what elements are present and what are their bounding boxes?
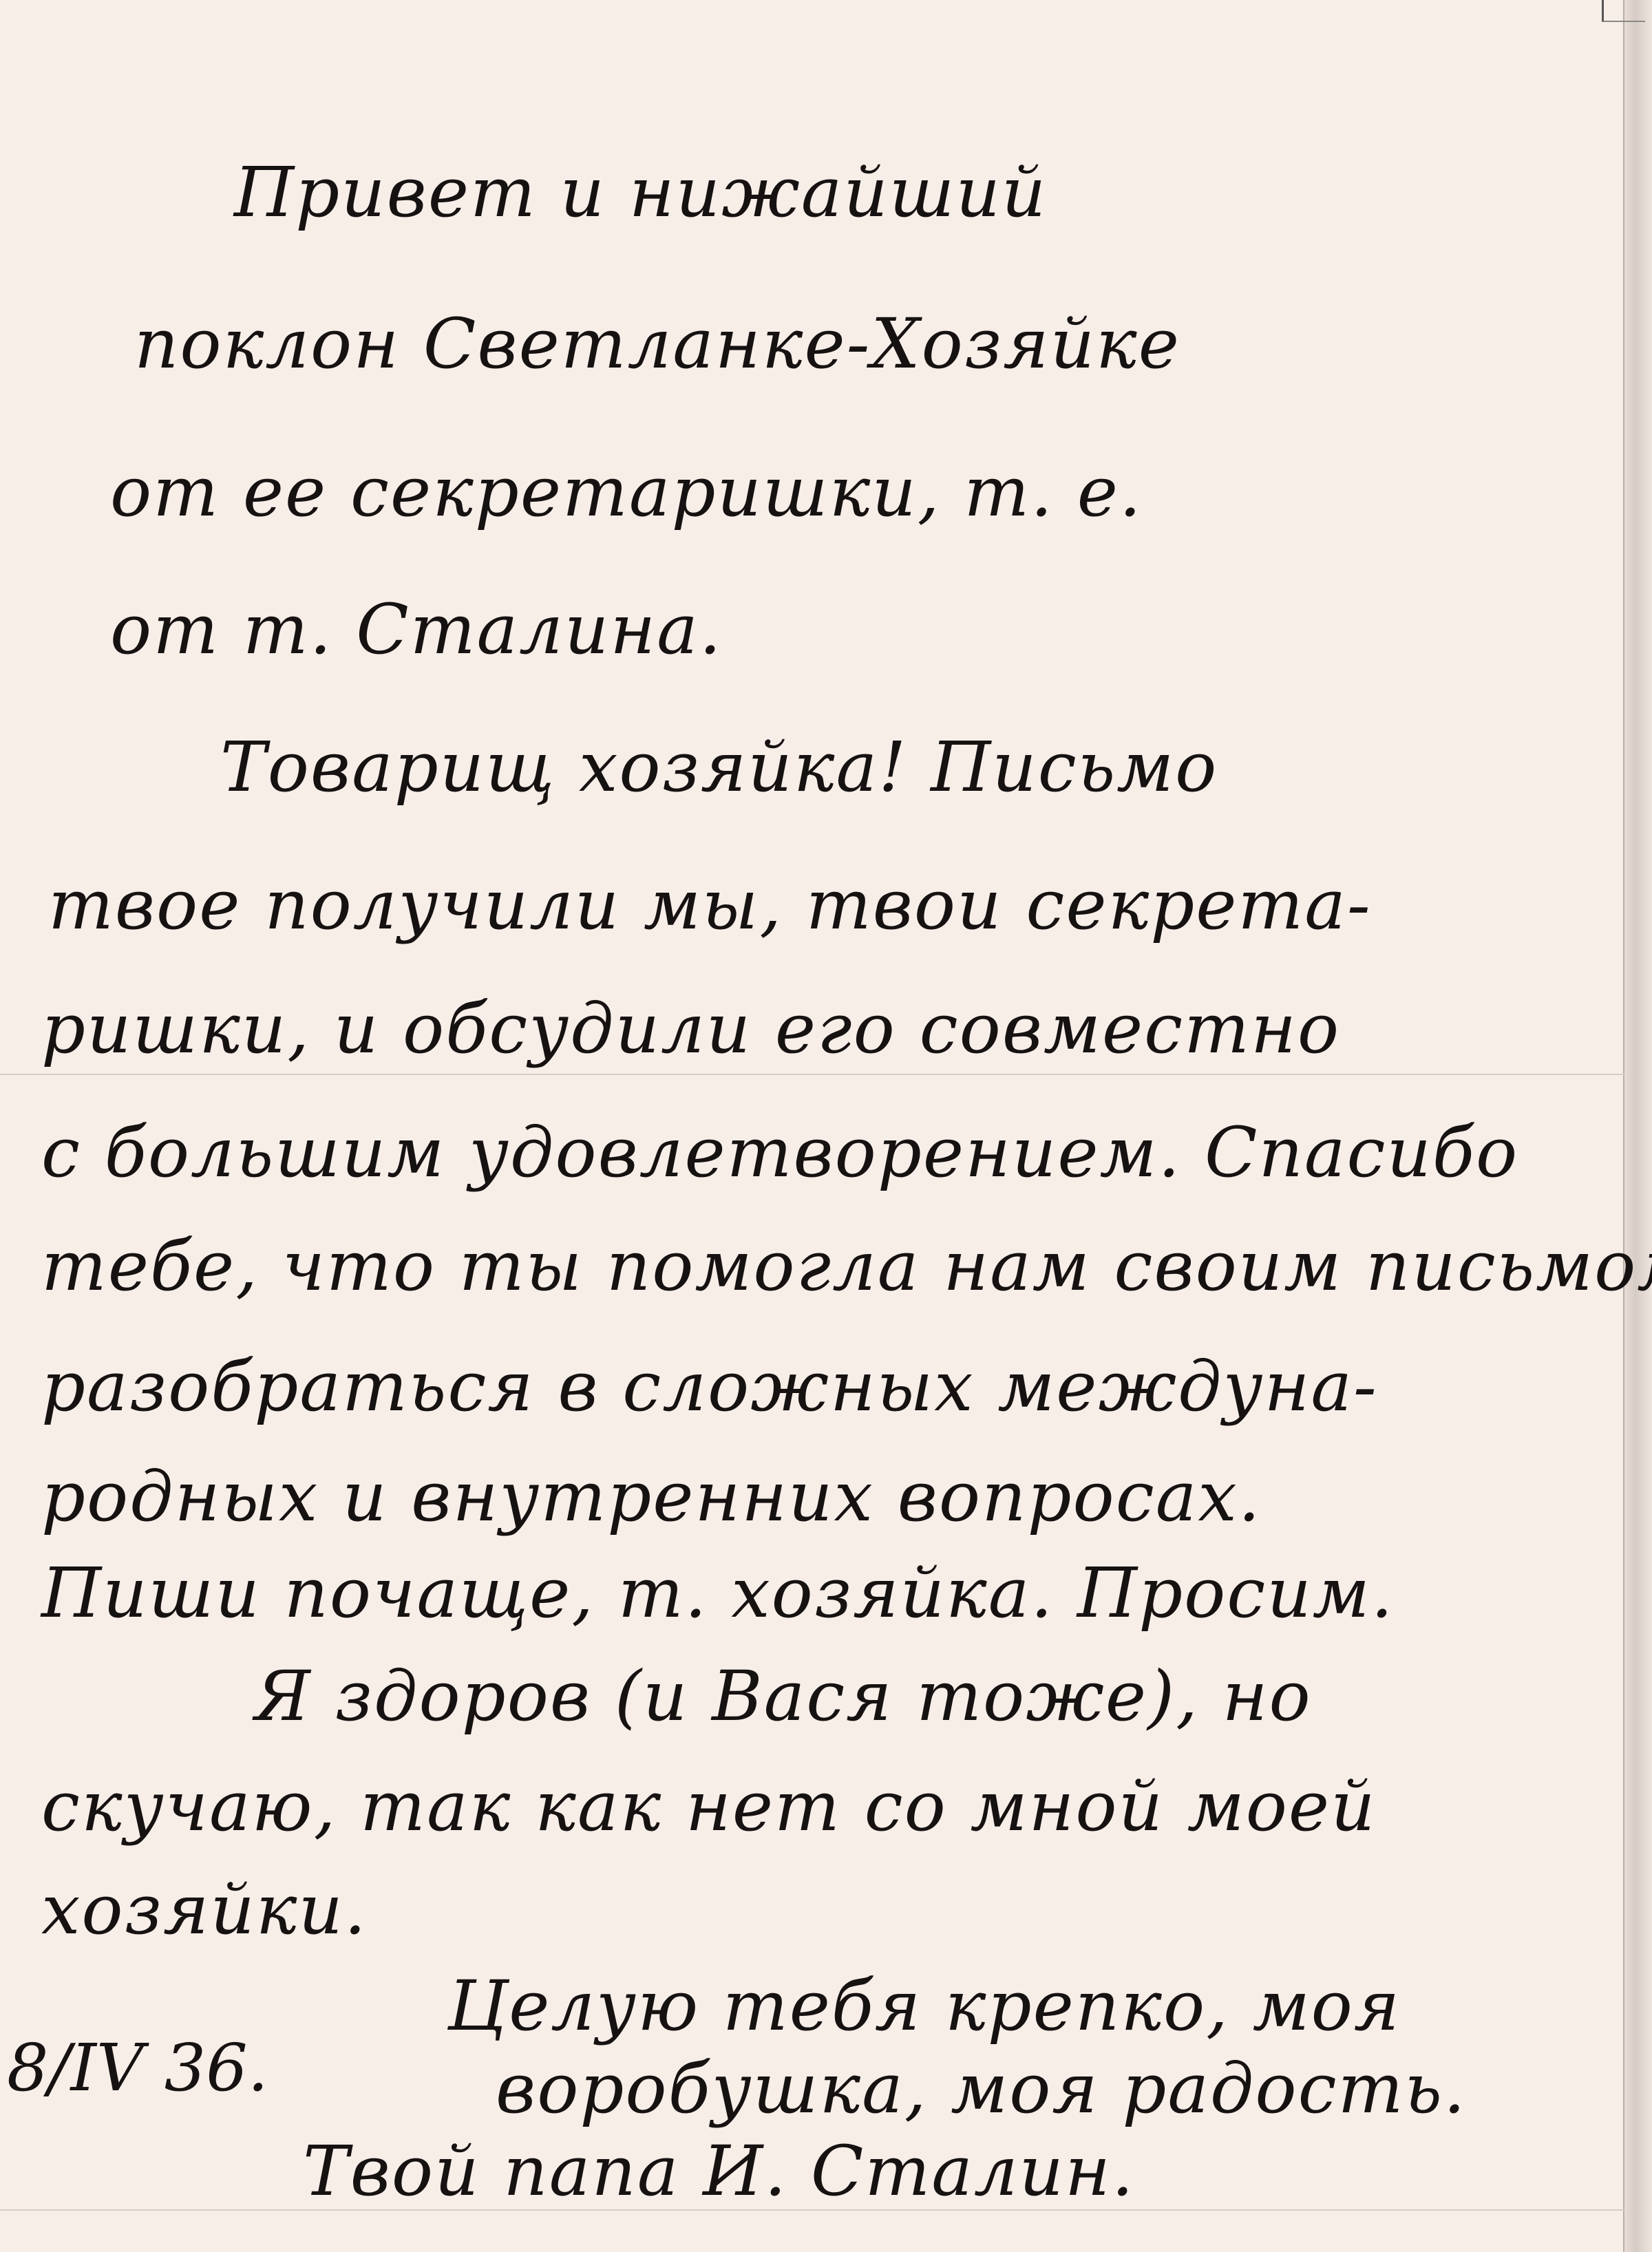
letter-line-14: скучаю, так как нет со мной моей [41, 1755, 1624, 1858]
letter-line-4: от т. Сталина. [110, 578, 1652, 681]
letter-line-13: Я здоров (и Вася тоже), но [255, 1645, 1652, 1748]
letter-line-12: Пиши почаще, т. хозяйка. Просим. [41, 1542, 1624, 1645]
letter-signature: Твой папа И. Сталин. [303, 2120, 1652, 2223]
letter-line-1: Привет и нижайший [234, 141, 1652, 244]
letter-line-3: от ее секретаришки, т. е. [110, 440, 1652, 544]
letter-date: 8/IV 36. [7, 2030, 268, 2106]
letter-line-11: родных и внутренних вопросах. [41, 1445, 1624, 1549]
letter-line-15: хозяйки. [41, 1858, 1624, 1962]
letter-line-8: с большим удовлетворением. Спасибо [41, 1101, 1624, 1204]
paper-corner-mark [1602, 0, 1645, 22]
letter-line-6: твое получили мы, твои секрета- [48, 853, 1631, 957]
letter-line-9: тебе, что ты помогла нам своим письмом [41, 1215, 1624, 1318]
letter-line-10: разобраться в сложных междуна- [41, 1335, 1624, 1438]
letter-line-2: поклон Светланке-Хозяйке [134, 293, 1652, 396]
letter-line-5: Товарищ хозяйка! Письмо [220, 716, 1652, 819]
letter-line-7: ришки, и обсудили его совместно [41, 977, 1624, 1081]
